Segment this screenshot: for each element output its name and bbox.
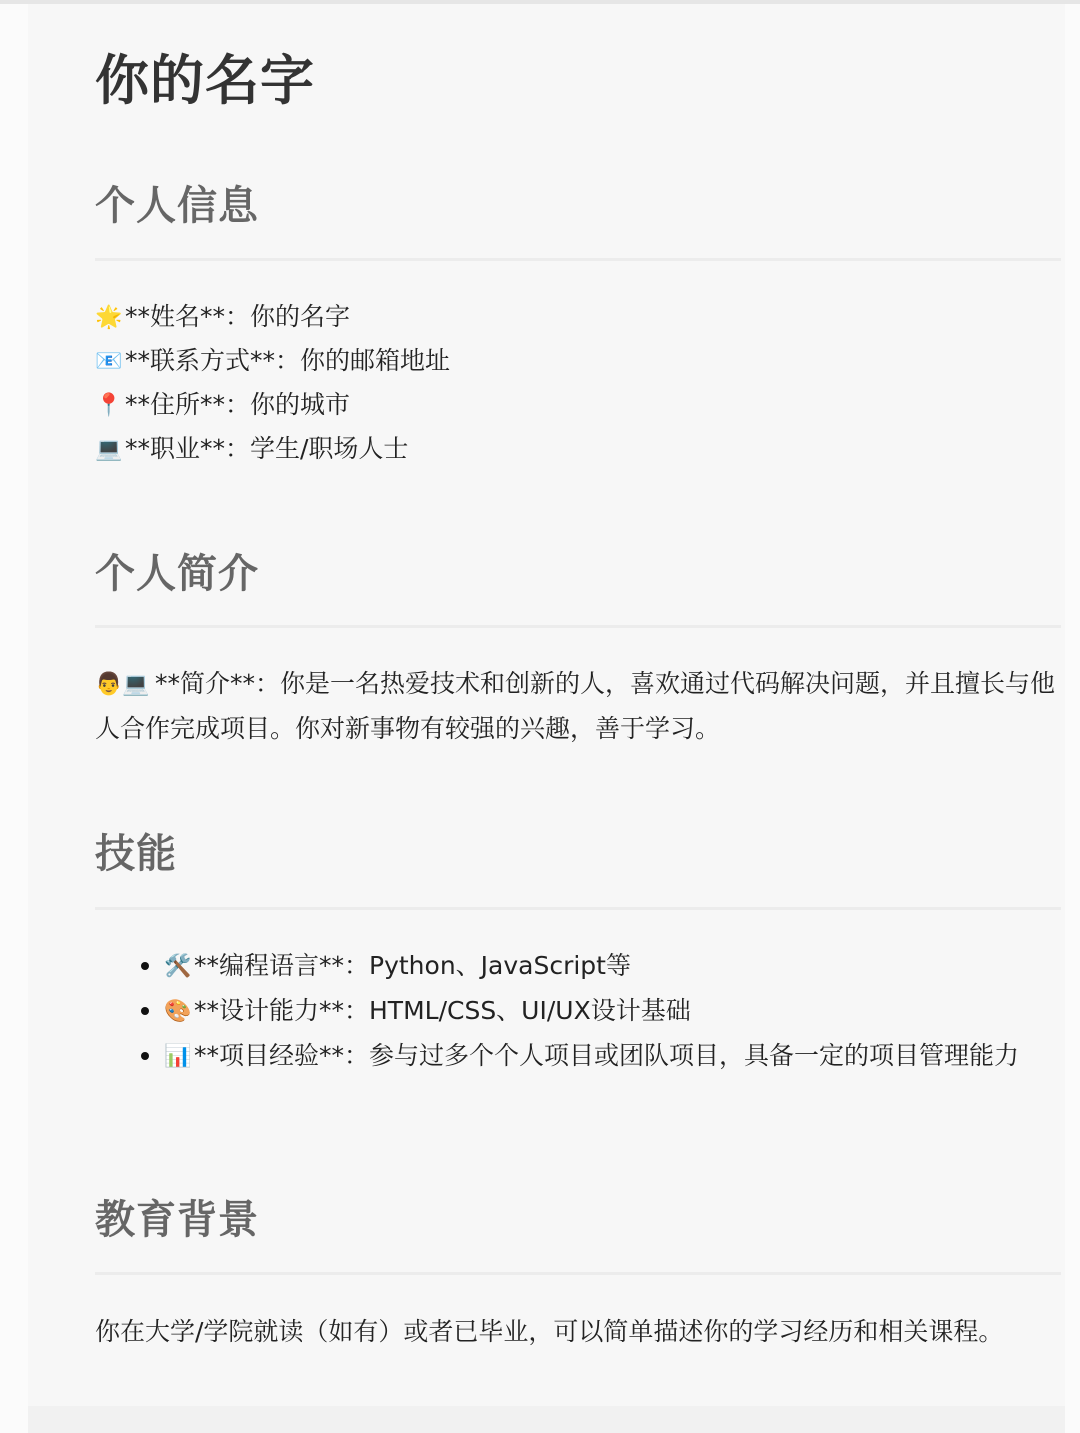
laptop-icon: 💻 [95,428,125,472]
heading-education: 教育背景 [95,1194,259,1246]
palette-icon: 🎨 [164,990,194,1034]
skill-item: 🛠️**编程语言**：Python、JavaScript等 [95,944,1061,989]
skill-text: **编程语言**：Python、JavaScript等 [194,951,631,980]
document-panel: 你的名字 个人信息 🌟**姓名**：你的名字 📧**联系方式**：你的邮箱地址 … [28,4,1065,1406]
skill-item: 🎨**设计能力**：HTML/CSS、UI/UX设计基础 [95,989,1061,1034]
skill-item: 📊**项目经验**：参与过多个个人项目或团队项目，具备一定的项目管理能力 [95,1034,1061,1079]
divider [95,907,1061,910]
bullet-icon [141,1007,149,1015]
info-text: **职业**：学生/职场人士 [125,434,408,463]
bottom-strip [28,1406,1065,1433]
bar-chart-icon: 📊 [164,1035,194,1079]
info-text: **姓名**：你的名字 [125,302,350,331]
heading-personal-info: 个人信息 [95,180,259,232]
skills-list: 🛠️**编程语言**：Python、JavaScript等 🎨**设计能力**：… [95,944,1061,1079]
email-icon: 📧 [95,340,125,384]
divider [95,1272,1061,1275]
star-icon: 🌟 [95,296,125,340]
education-paragraph: 你在大学/学院就读（如有）或者已毕业，可以简单描述你的学习经历和相关课程。 [95,1310,1061,1354]
info-line-occupation: 💻**职业**：学生/职场人士 [95,427,408,472]
bullet-icon [141,1052,149,1060]
skill-text: **设计能力**：HTML/CSS、UI/UX设计基础 [194,996,691,1025]
info-line-name: 🌟**姓名**：你的名字 [95,295,350,340]
info-text: **联系方式**：你的邮箱地址 [125,346,450,375]
info-line-residence: 📍**住所**：你的城市 [95,383,350,428]
bullet-icon [141,962,149,970]
tools-icon: 🛠️ [164,945,194,989]
divider [95,625,1061,628]
intro-text: **简介**：你是一名热爱技术和创新的人，喜欢通过代码解决问题，并且擅长与他人合… [95,669,1055,743]
technologist-icon: 👨💻 [95,663,155,707]
page-title: 你的名字 [95,46,315,116]
heading-skills: 技能 [95,828,177,880]
intro-paragraph: 👨💻**简介**：你是一名热爱技术和创新的人，喜欢通过代码解决问题，并且擅长与他… [95,662,1061,751]
info-line-contact: 📧**联系方式**：你的邮箱地址 [95,339,450,384]
heading-intro: 个人简介 [95,548,259,600]
location-pin-icon: 📍 [95,384,125,428]
skill-text: **项目经验**：参与过多个个人项目或团队项目，具备一定的项目管理能力 [194,1041,1019,1070]
info-text: **住所**：你的城市 [125,390,350,419]
divider [95,258,1061,261]
